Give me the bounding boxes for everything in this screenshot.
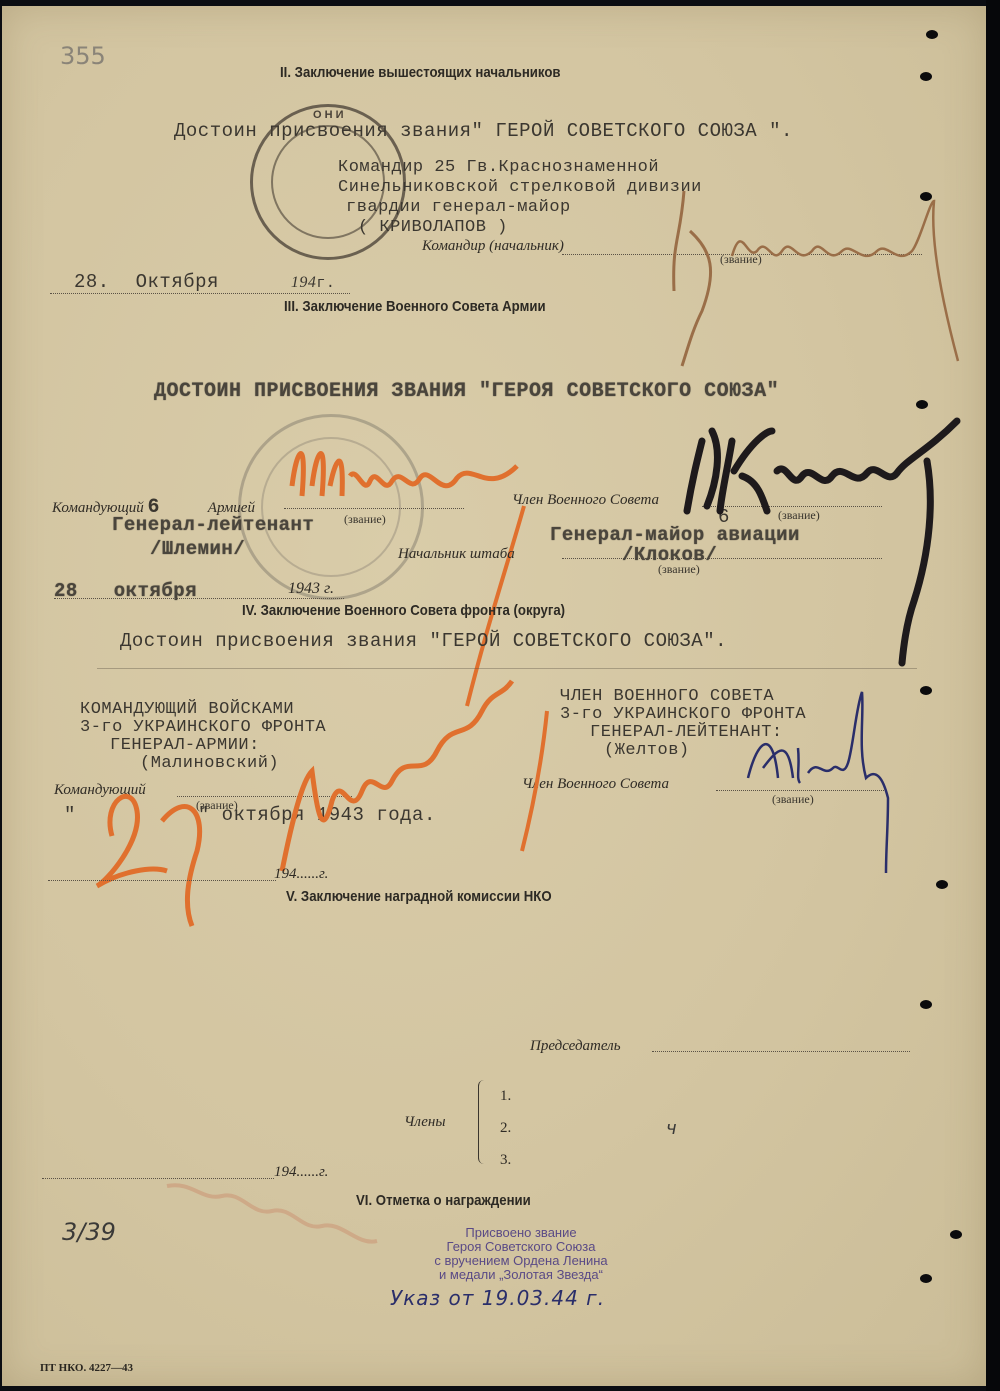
- section-3-heading: III. Заключение Военного Совета Армии: [284, 298, 546, 315]
- separator: [97, 668, 917, 669]
- binding-hole: [916, 400, 928, 409]
- chairman-label: Председатель: [530, 1038, 621, 1055]
- section-3-conclusion: ДОСТОИН ПРИСВОЕНИЯ ЗВАНИЯ "ГЕРОЯ СОВЕТСК…: [154, 380, 779, 403]
- chief-of-staff-label: Начальник штаба: [398, 546, 515, 563]
- date-line: [54, 598, 344, 599]
- zheltov-signature: [738, 688, 898, 878]
- handwritten-decree: Указ от 19.03.44 г.: [390, 1286, 605, 1310]
- members-brace: [478, 1080, 487, 1164]
- binding-hole: [950, 1230, 962, 1239]
- section-4-conclusion: Достоин присвоения звания "ГЕРОЙ СОВЕТСК…: [120, 630, 727, 652]
- pencil-mark: ч: [666, 1118, 677, 1139]
- section-4-heading: IV. Заключение Военного Совета фронта (о…: [242, 602, 565, 619]
- section-3-date-year: 1943 г.: [288, 580, 334, 598]
- section-2-commander-block: Командир 25 Гв.Краснознаменной Синельник…: [338, 158, 702, 238]
- section-2-date: 28. Октября 194г.: [74, 271, 335, 293]
- margin-note: 3/39: [62, 1218, 116, 1246]
- commander-label: Командир (начальник): [422, 238, 564, 255]
- army-commander-line: [284, 508, 464, 509]
- section-5-heading: V. Заключение наградной комиссии НКО: [286, 888, 552, 905]
- members-label: Члены: [404, 1114, 446, 1131]
- faint-red-scribble: [162, 1171, 382, 1261]
- binding-hole: [926, 30, 938, 39]
- archive-number: 355: [60, 42, 106, 70]
- binding-hole: [920, 72, 932, 81]
- date-line: [48, 880, 276, 881]
- award-stamp: Присвоено звание Героя Советского Союза …: [397, 1226, 645, 1282]
- form-code: ПТ НКО. 4227—43: [40, 1362, 133, 1374]
- binding-hole: [920, 1000, 932, 1009]
- section-2-heading: II. Заключение вышестоящих начальников: [280, 64, 561, 81]
- army-council-member-label: Член Военного Совета: [512, 492, 659, 509]
- army-commander-name: /Шлемин/: [150, 538, 245, 560]
- section-5-prev-date: 194......г.: [274, 866, 328, 883]
- scan-border: [986, 0, 1000, 1391]
- krivolapov-signature: [662, 181, 962, 371]
- army-commander-rank: Генерал-лейтенант: [112, 514, 314, 536]
- rank-caption: (звание): [344, 512, 386, 527]
- binding-hole: [920, 192, 932, 201]
- members-list: 1. 2. 3.: [500, 1080, 511, 1176]
- binding-hole: [920, 686, 932, 695]
- chairman-line: [652, 1051, 910, 1052]
- binding-hole: [936, 880, 948, 889]
- binding-hole: [920, 1274, 932, 1283]
- section-6-heading: VI. Отметка о награждении: [356, 1192, 531, 1209]
- award-sheet-page: 355 II. Заключение вышестоящих начальник…: [2, 6, 986, 1386]
- date-line: [50, 293, 350, 294]
